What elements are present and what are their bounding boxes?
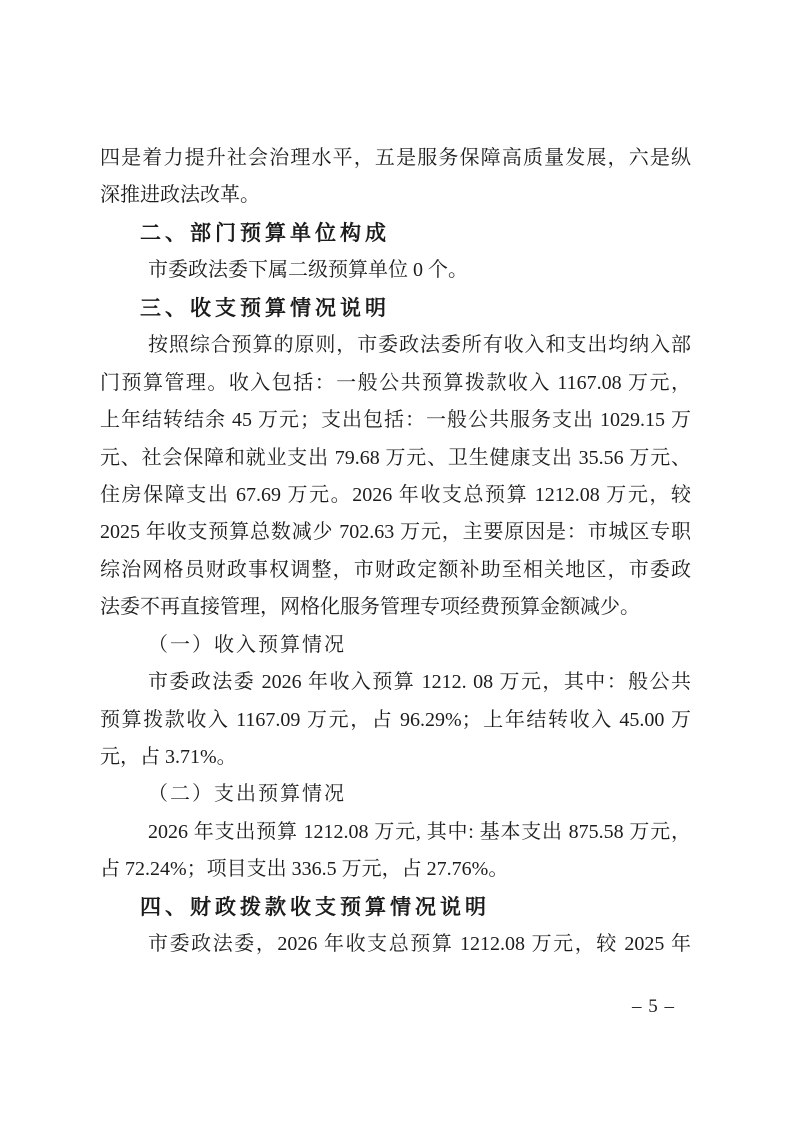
body-line: 深推进政法改革。: [100, 177, 691, 214]
body-line: 市委政法委下属二级预算单位 0 个。: [100, 252, 691, 289]
body-line: 住房保障支出 67.69 万元。2026 年收支总预算 1212.08 万元，较: [100, 477, 691, 514]
body-line: 占 72.24%；项目支出 336.5 万元，占 27.76%。: [100, 851, 691, 888]
section-heading-2: 二、部门预算单位构成: [100, 215, 691, 252]
body-line: 按照综合预算的原则，市委政法委所有收入和支出均纳入部: [100, 327, 691, 364]
body-line: 2026 年支出预算 1212.08 万元, 其中: 基本支出 875.58 万…: [100, 814, 691, 851]
page-content: 四是着力提升社会治理水平，五是服务保障高质量发展，六是纵 深推进政法改革。 二、…: [100, 140, 691, 964]
body-line: 综治网格员财政事权调整，市财政定额补助至相关地区，市委政: [100, 552, 691, 589]
body-line: 元、社会保障和就业支出 79.68 万元、卫生健康支出 35.56 万元、: [100, 440, 691, 477]
body-line: 预算拨款收入 1167.09 万元，占 96.29%；上年结转收入 45.00 …: [100, 702, 691, 739]
body-line: 市委政法委，2026 年收支总预算 1212.08 万元，较 2025 年: [100, 926, 691, 963]
subsection-heading-1: （一）收入预算情况: [100, 627, 691, 664]
subsection-heading-2: （二）支出预算情况: [100, 776, 691, 813]
body-line: 法委不再直接管理，网格化服务管理专项经费预算金额减少。: [100, 589, 691, 626]
page-number: – 5 –: [632, 996, 675, 1018]
body-line: 元，占 3.71%。: [100, 739, 691, 776]
body-line: 四是着力提升社会治理水平，五是服务保障高质量发展，六是纵: [100, 140, 691, 177]
body-line: 上年结转结余 45 万元；支出包括：一般公共服务支出 1029.15 万: [100, 402, 691, 439]
body-line: 市委政法委 2026 年收入预算 1212. 08 万元，其中：般公共: [100, 664, 691, 701]
body-line: 2025 年收支预算总数减少 702.63 万元，主要原因是：市城区专职: [100, 514, 691, 551]
section-heading-4: 四、财政拨款收支预算情况说明: [100, 889, 691, 926]
section-heading-3: 三、收支预算情况说明: [100, 290, 691, 327]
document-page: 四是着力提升社会治理水平，五是服务保障高质量发展，六是纵 深推进政法改革。 二、…: [0, 0, 793, 1122]
body-line: 门预算管理。收入包括：一般公共预算拨款收入 1167.08 万元，: [100, 365, 691, 402]
